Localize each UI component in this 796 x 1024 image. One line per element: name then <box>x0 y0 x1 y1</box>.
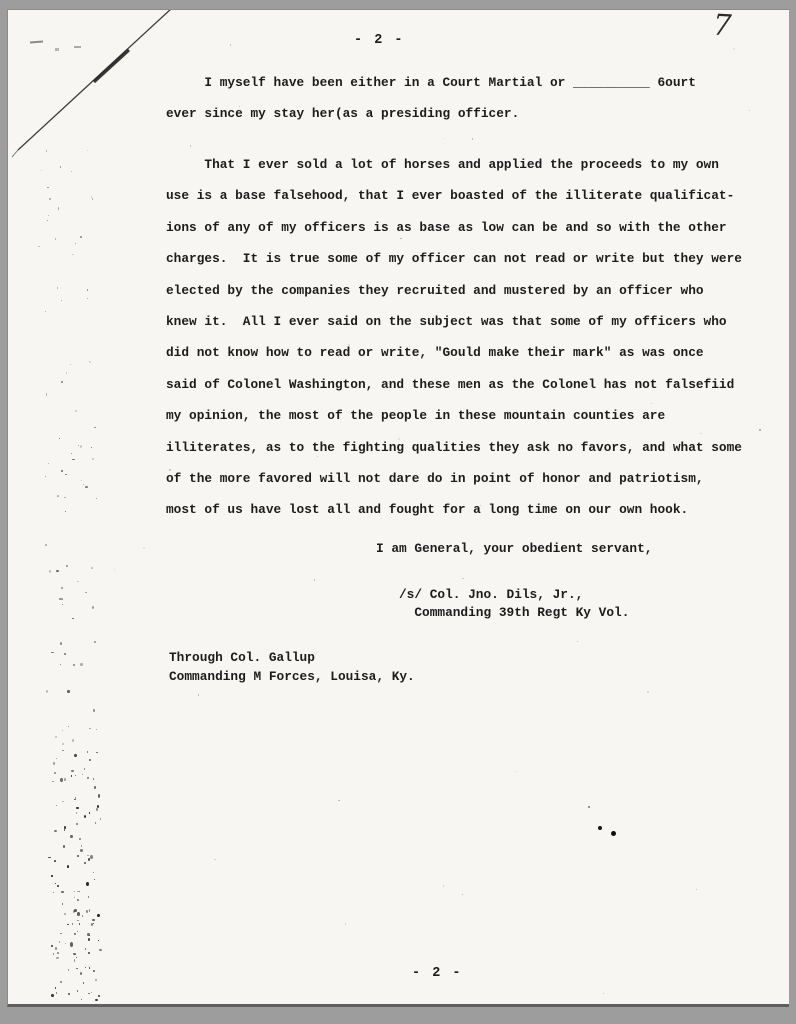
letter-closing-line: I am General, your obedient servant, <box>376 540 652 558</box>
letter-page: - 2 - I myself have been either in a Cou… <box>7 10 789 1007</box>
smudge-mark <box>74 46 81 48</box>
smudge-mark <box>55 48 59 51</box>
letter-paragraph-1: I myself have been either in a Court Mar… <box>166 67 696 130</box>
through-endorsement-block: Through Col. Gallup Commanding M Forces,… <box>169 648 415 686</box>
header-page-number: - 2 - <box>354 33 405 48</box>
footer-page-number: - 2 - <box>412 966 463 981</box>
handwritten-page-number: 7 <box>712 8 732 43</box>
scanned-document: - 2 - I myself have been either in a Cou… <box>0 0 796 1024</box>
signature-block: /s/ Col. Jno. Dils, Jr., Commanding 39th… <box>399 586 629 621</box>
letter-paragraph-2: That I ever sold a lot of horses and app… <box>166 149 742 526</box>
